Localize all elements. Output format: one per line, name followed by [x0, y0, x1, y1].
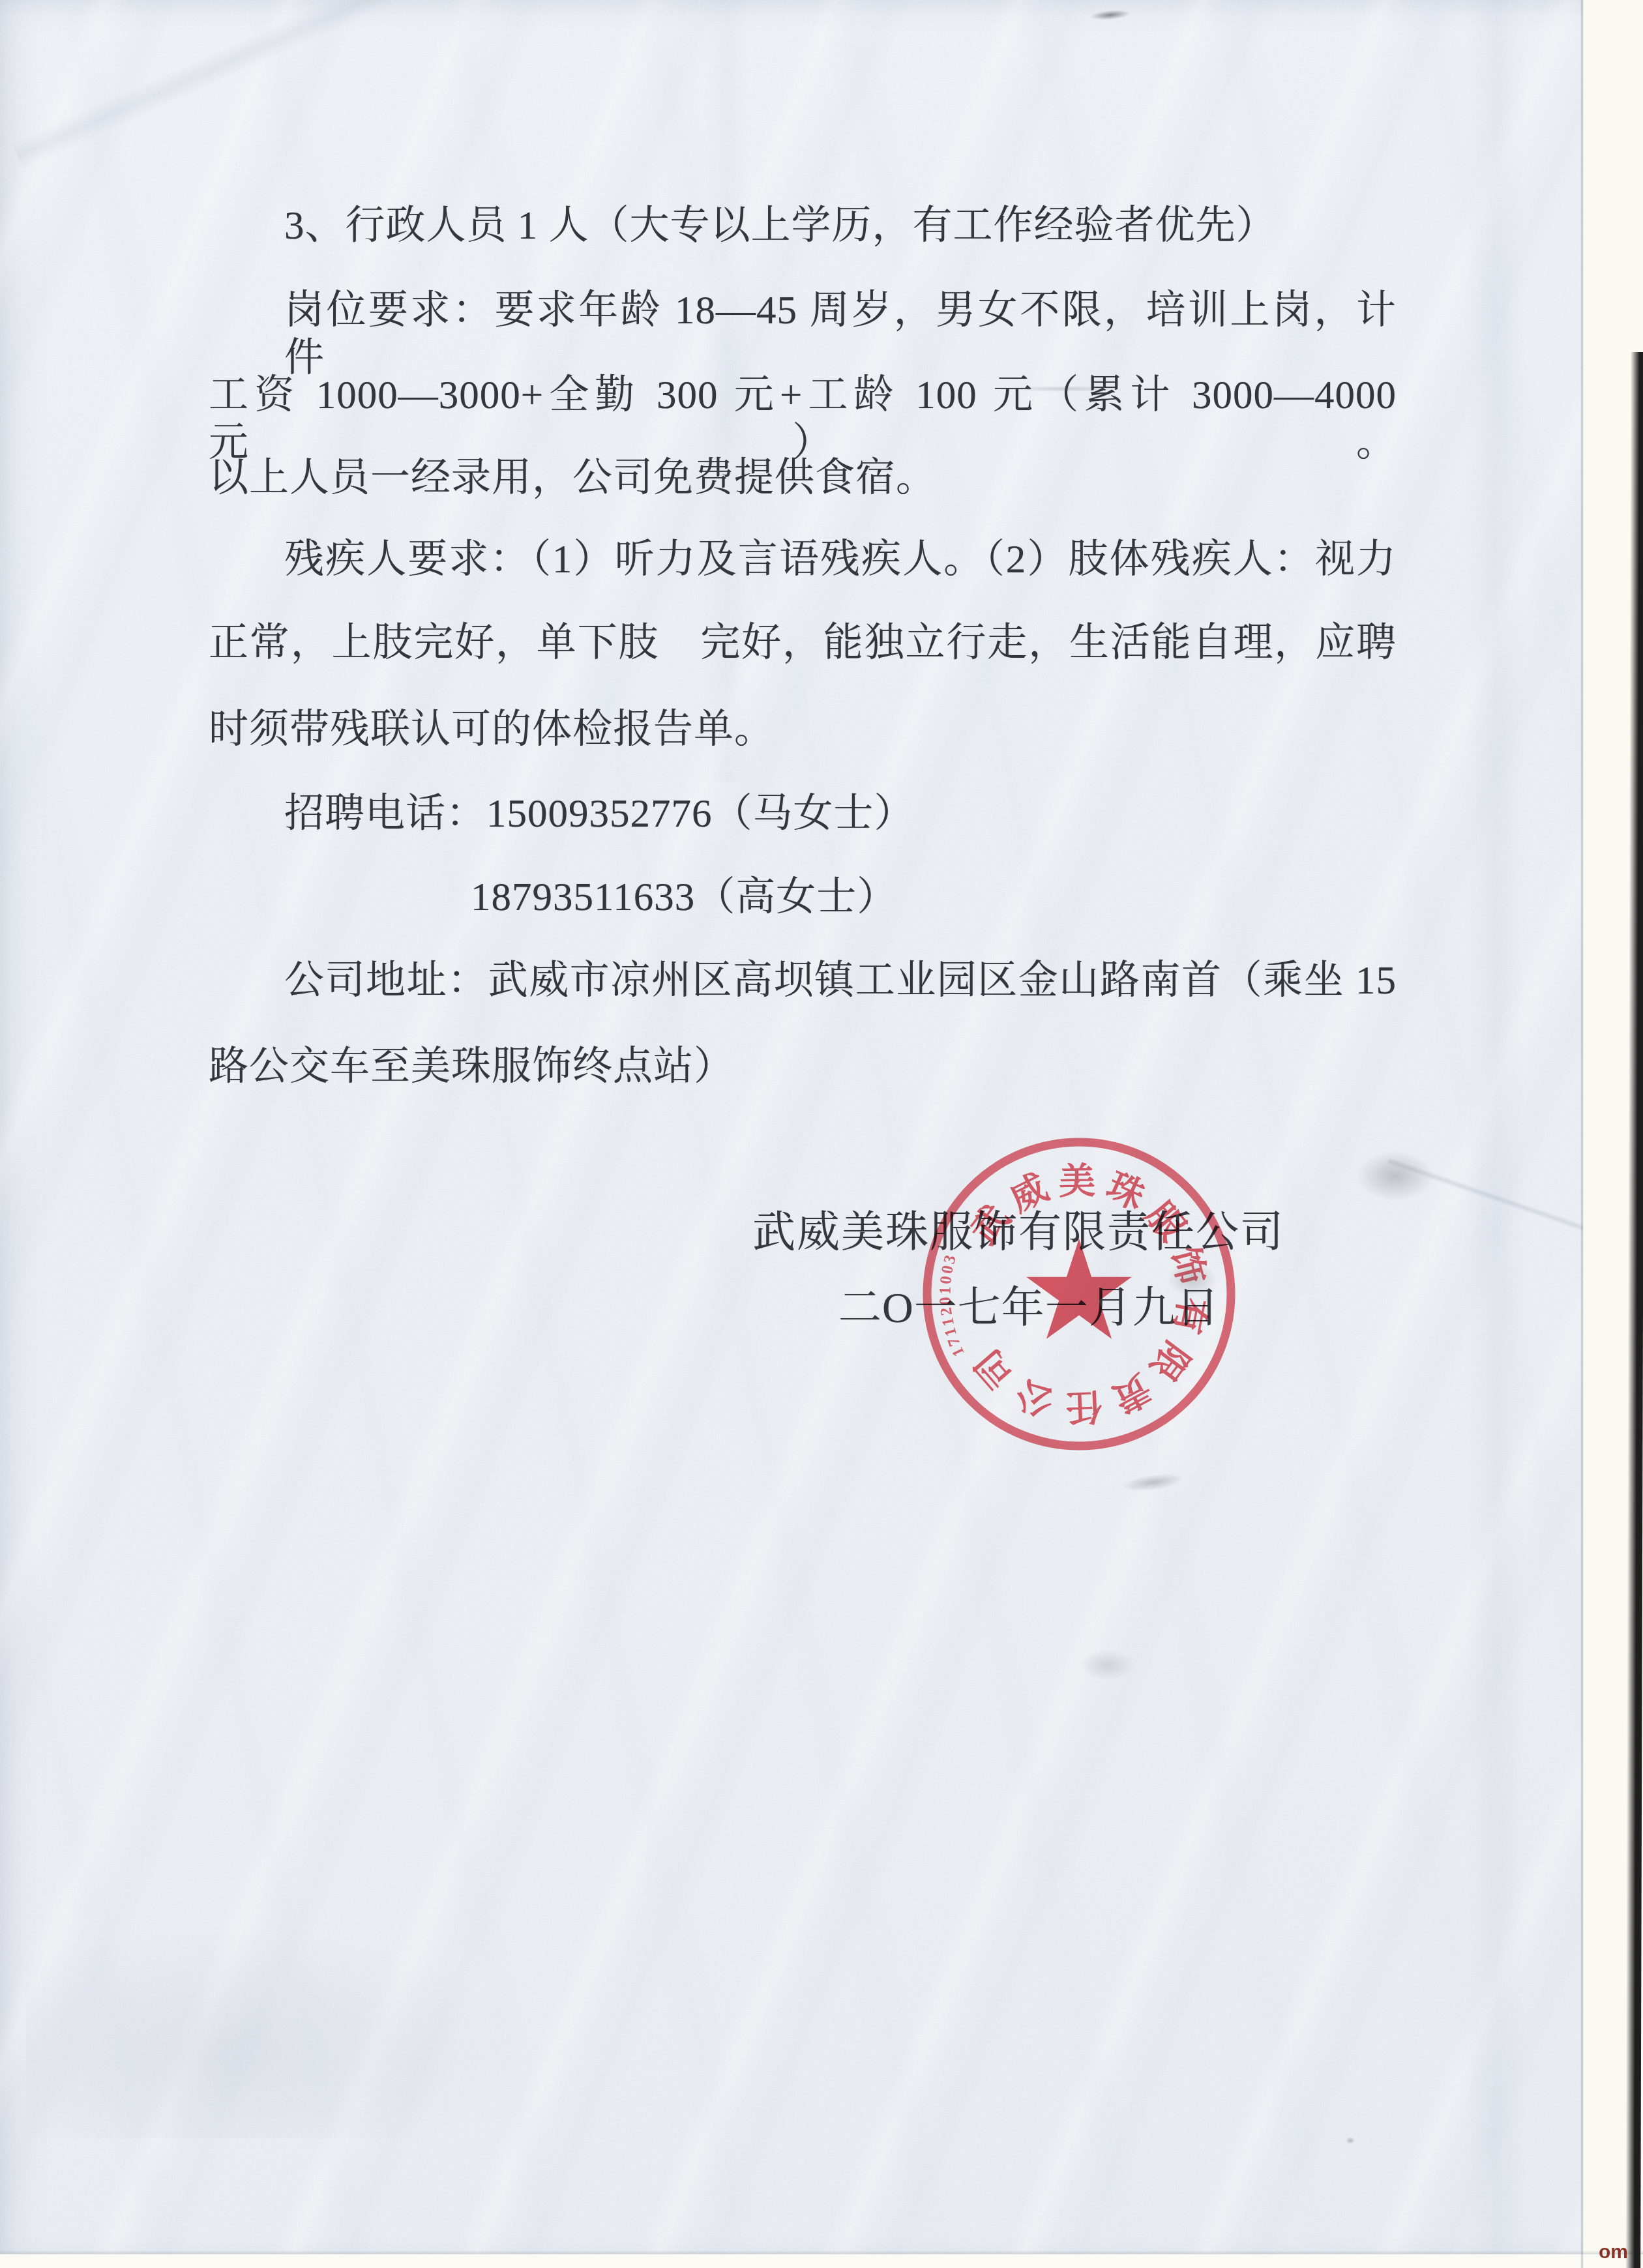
document-line-8-phone-1: 招聘电话：15009352776（马女士）	[284, 790, 915, 838]
paper-crease	[1467, 0, 1526, 2268]
scan-edge-seam	[1580, 0, 1584, 2268]
paper-crease	[11, 0, 392, 169]
document-line-4: 以上人员一经录用，公司免费提供食宿。	[209, 454, 936, 502]
seal-serial-digit: 0	[938, 1264, 957, 1275]
document-line-3: 工资 1000—3000+全勤 300 元+工龄 100 元（累计 3000—4…	[209, 372, 1397, 467]
seal-serial-digit: 0	[937, 1275, 955, 1285]
document-line-5: 残疾人要求：（1）听力及言语残疾人。（2）肢体残疾人：视力	[209, 536, 1397, 583]
ink-smudge	[1090, 8, 1131, 21]
scanner-black-edge	[1625, 352, 1643, 2268]
document-line-9-phone-2: 18793511633（高女士）	[471, 874, 897, 921]
seal-serial-digit: 0	[936, 1297, 955, 1306]
seal-ring-char: 饰	[1163, 1243, 1211, 1289]
ink-speck	[1346, 2137, 1355, 2144]
ink-smudge	[1079, 1649, 1135, 1681]
document-line-10-address: 公司地址：武威市凉州区高坝镇工业园区金山路南首（乘坐 15	[209, 957, 1397, 1005]
seal-ring-char: 珠	[1101, 1166, 1151, 1218]
scan-edge-strip	[1583, 0, 1643, 2268]
company-seal-stamp: 武 威 美 珠 服 饰 有 限 责 任 公 司 3 0 0 1 0 2 1 1 …	[851, 1066, 1307, 1522]
star-icon	[1026, 1239, 1132, 1339]
document-line-7: 时须带残联认可的体检报告单。	[209, 706, 775, 754]
seal-ring-char: 限	[1142, 1334, 1196, 1387]
document-line-2: 岗位要求：要求年龄 18—45 周岁，男女不限，培训上岗，计件	[209, 287, 1397, 382]
scan-edge-strip-bottom	[0, 2254, 1643, 2268]
seal-serial-digit: 1	[936, 1286, 954, 1295]
document-line-6: 正常，上肢完好，单下肢 完好，能独立行走，生活能自理，应聘	[209, 619, 1397, 667]
seal-ring-char: 武	[964, 1198, 1018, 1252]
scan-edge-seam	[0, 2250, 1643, 2254]
seal-ring-char: 公	[1011, 1372, 1060, 1423]
seal-ring-char: 任	[1065, 1385, 1103, 1427]
seal-ring-char: 威	[1003, 1168, 1054, 1220]
edge-watermark-fragment: om	[1599, 2241, 1628, 2263]
seal-serial-digit: 2	[938, 1306, 956, 1317]
ink-smudge	[1356, 1151, 1434, 1201]
seal-ring-char: 服	[1138, 1195, 1192, 1249]
seal-ring-char: 司	[968, 1341, 1022, 1395]
seal-ring-char: 有	[1166, 1293, 1213, 1337]
paper-crease	[1387, 1157, 1599, 1237]
paper-crease	[26, 1923, 522, 2138]
document-line-11: 路公交车至美珠服饰终点站）	[209, 1043, 734, 1091]
scanned-document-page: 3、行政人员 1 人（大专以上学历，有工作经验者优先） 岗位要求：要求年龄 18…	[0, 0, 1643, 2268]
seal-serial-digit: 3	[940, 1253, 959, 1265]
seal-serial-digit: 1	[939, 1316, 958, 1328]
seal-ring-char: 责	[1104, 1366, 1157, 1420]
document-line-1: 3、行政人员 1 人（大专以上学历，有工作经验者优先）	[284, 202, 1277, 250]
seal-ring-char: 美	[1058, 1162, 1095, 1203]
